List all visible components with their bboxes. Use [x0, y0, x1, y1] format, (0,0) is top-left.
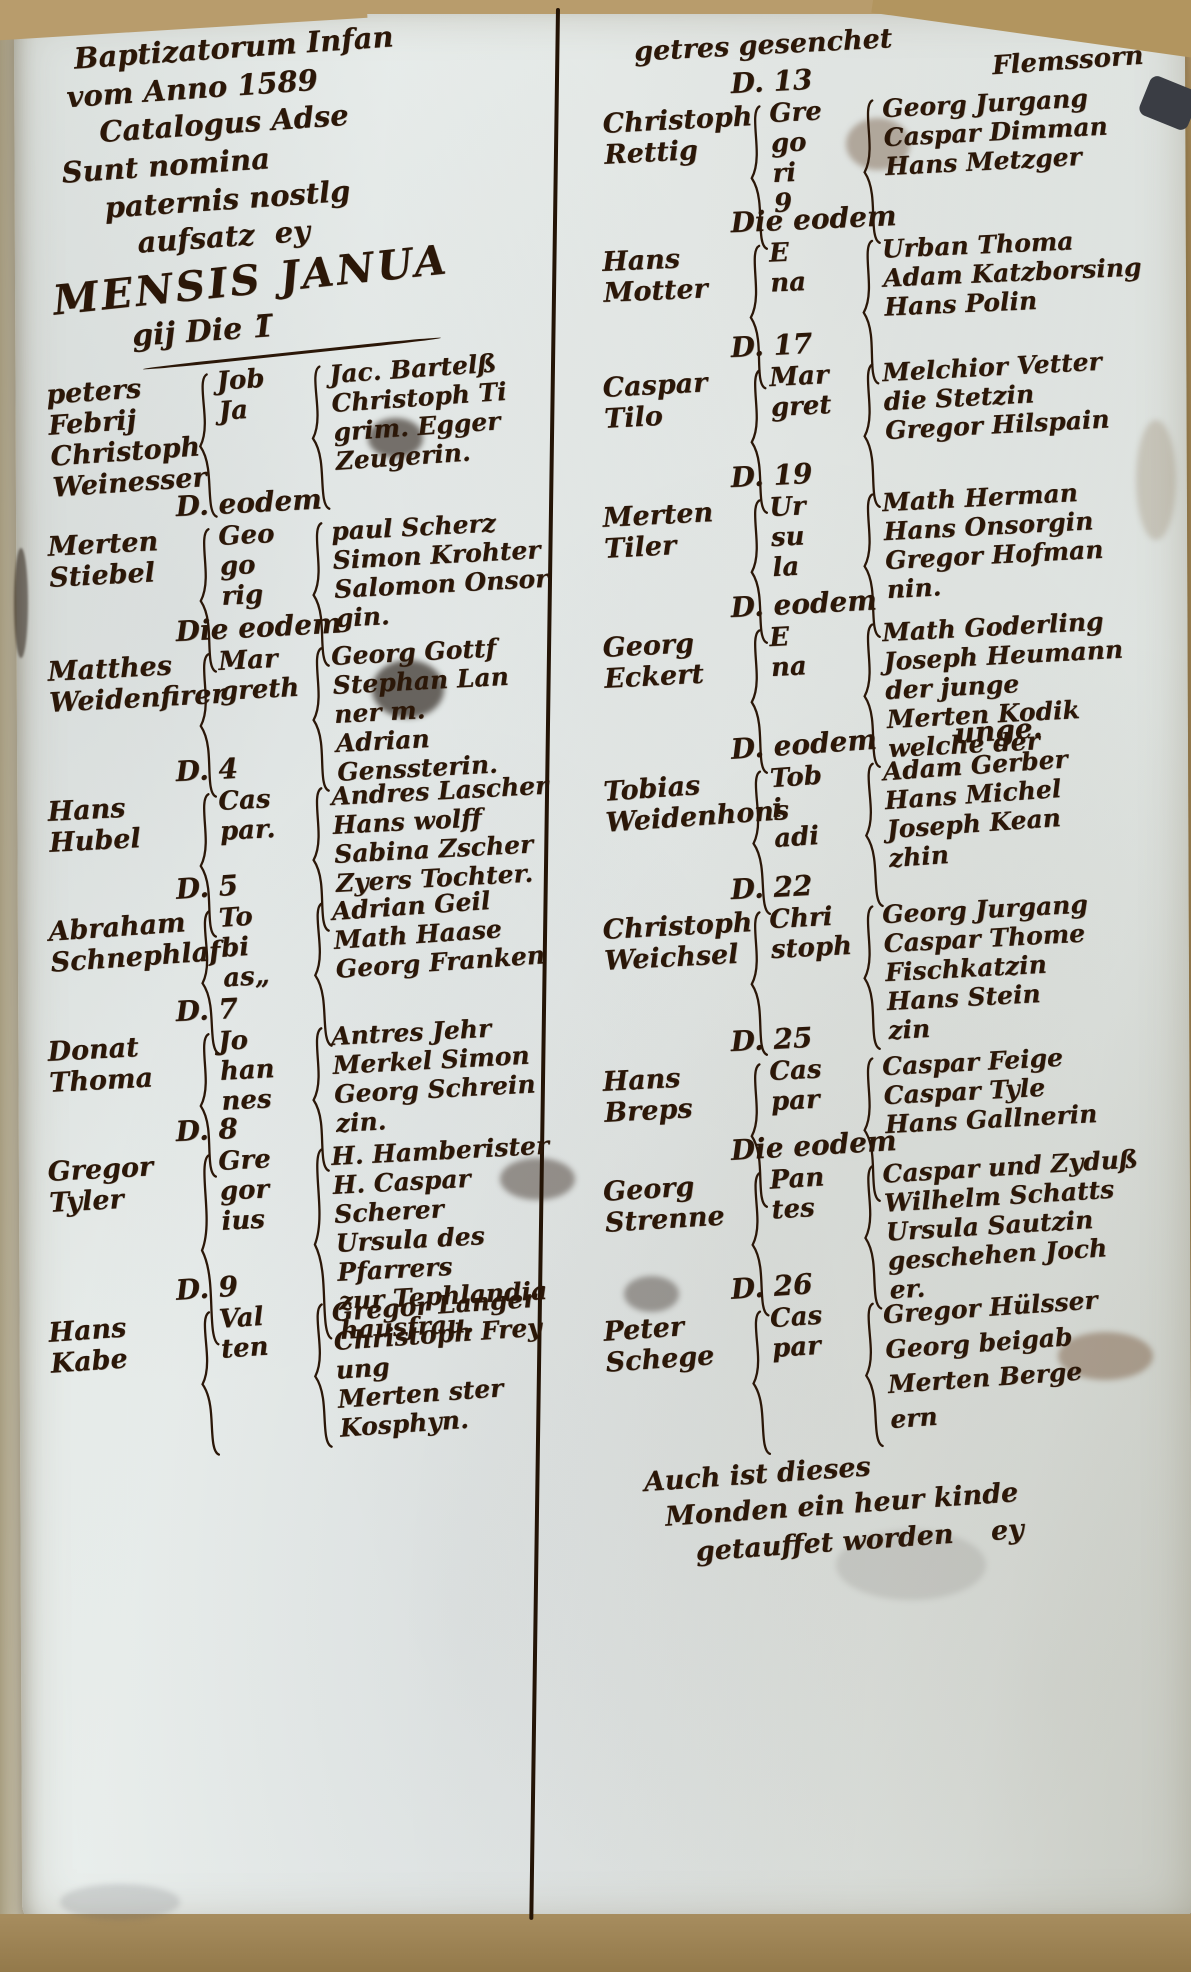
father-name: Caspar Tilo: [602, 366, 741, 435]
brace-icon: [859, 1298, 885, 1453]
father-name: Matthes Weidenfirer: [47, 650, 190, 719]
father-name: Georg Strenne: [602, 1169, 742, 1239]
godparents: Jac. Bartelß Christoph Ti grim. Egger Ze…: [328, 345, 560, 476]
child-name: Chri stoph: [769, 902, 854, 966]
father-name: peters Febrij Christoph Weinesser: [45, 370, 193, 504]
register-title: Baptizatorum Infan vom Anno 1589 Catalog…: [53, 18, 408, 267]
brace-icon: [308, 1299, 334, 1454]
child-name: Val ten: [218, 1300, 304, 1365]
father-name: Merten Tiler: [602, 496, 741, 565]
father-name: Donat Thoma: [47, 1030, 190, 1099]
father-name: Hans Breps: [602, 1060, 741, 1129]
register-entry: D. 9 Hans Kabe Val ten Gregor Langer Chr…: [45, 1248, 565, 1472]
father-name: Hans Hubel: [47, 790, 190, 859]
child-name: To bi as„: [218, 899, 306, 994]
child-name: Cas par.: [218, 784, 303, 848]
child-name: Tob i adi: [769, 760, 857, 855]
father-name: Christoph Rettig: [602, 102, 741, 171]
child-name: E na: [769, 620, 854, 684]
father-name: Tobias Weidenhons: [602, 767, 742, 838]
desk-bottom-edge: [0, 1914, 1191, 1972]
child-name: Cas par: [769, 1300, 855, 1365]
father-name: Georg Eckert: [602, 626, 741, 695]
child-name: Mar gret: [769, 360, 854, 424]
edge-ink-mark: [14, 548, 28, 658]
child-name: E na: [768, 236, 853, 299]
father-name: Gregor Tyler: [47, 1150, 190, 1219]
brace-icon: [195, 1307, 221, 1462]
father-name: Abraham Schnephlaf: [47, 907, 191, 979]
godparents: Urban Thoma Adam Katzborsing Hans Polin: [881, 222, 1167, 321]
godparents: Adrian Geil Math Haase Georg Franken: [331, 881, 561, 983]
child-name: Ur su la: [769, 490, 856, 584]
register-entry: D. 26 Peter Schege Cas par Gregor Hülsse…: [600, 1243, 1174, 1471]
godparents: Gregor Hülsser Georg beigab Merten Berge…: [882, 1278, 1173, 1437]
brace-icon: [746, 1306, 772, 1461]
father-name: Merten Stiebel: [47, 525, 190, 594]
father-name: Hans Motter: [602, 241, 741, 309]
child-name: Pan tes: [769, 1162, 854, 1227]
child-name: Job Ja: [216, 362, 302, 427]
child-name: Mar greth: [218, 644, 303, 708]
father-name: Peter Schege: [602, 1307, 742, 1378]
father-name: Hans Kabe: [47, 1308, 191, 1380]
child-name: Gre gor ius: [218, 1144, 305, 1238]
godparents: Georg Jurgang Caspar Dimman Hans Metzger: [881, 80, 1167, 182]
child-name: Geo go rig: [218, 519, 305, 613]
child-name: Cas par: [769, 1054, 854, 1118]
godparents: Melchior Vetter die Stetzin Gregor Hilsp…: [881, 344, 1167, 446]
grey-marbling: [60, 1884, 180, 1920]
father-name: Christoph Weichsel: [602, 908, 741, 977]
child-name: Jo han nes: [218, 1024, 305, 1118]
godparents: Gregor Langer Christoph Frey ung Merten …: [331, 1282, 565, 1442]
